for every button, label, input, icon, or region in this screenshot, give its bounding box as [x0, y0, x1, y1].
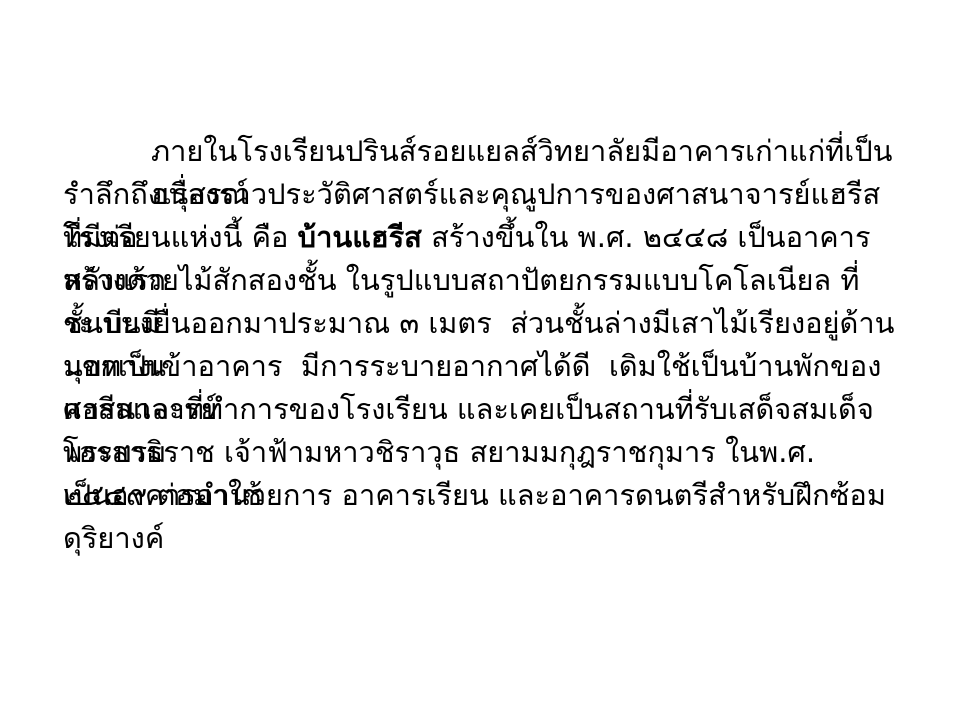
paragraph-line: โอรสาธิราช เจ้าฟ้ามหาวชิราวุธ สยามมกุฎรา…: [63, 431, 899, 474]
body-text: โรงเรียนแห่งนี้ คือ: [63, 220, 298, 254]
paragraph-line: มุขทางเข้าอาคาร มีการระบายอากาศได้ดี เดิ…: [63, 345, 899, 388]
paragraph-line: รำลึกถึงเรื่องราวประวัติศาสตร์และคุณูปกา…: [63, 173, 899, 216]
paragraph-line: แฮรีสและที่ทำการของโรงเรียน และเคยเป็นสถ…: [63, 388, 899, 431]
document-page: ภายในโรงเรียนปรินส์รอยแยลส์วิทยาลัยมีอาค…: [0, 0, 960, 720]
bold-text-baan-harris: บ้านแฮรีส: [298, 220, 422, 254]
paragraph-line: เป็นอาคารอำนวยการ อาคารเรียน และอาคารดนต…: [63, 474, 899, 517]
thai-paragraph: ภายในโรงเรียนปรินส์รอยแยลส์วิทยาลัยมีอาค…: [63, 130, 899, 517]
paragraph-line: สร้างด้วยไม้สักสองชั้น ในรูปแบบสถาปัตยกร…: [63, 259, 899, 302]
paragraph-line: โรงเรียนแห่งนี้ คือ บ้านแฮรีส สร้างขึ้นใ…: [63, 216, 899, 259]
body-text: เป็นอาคารอำนวยการ อาคารเรียน และอาคารดนต…: [63, 478, 886, 555]
paragraph-line: ภายในโรงเรียนปรินส์รอยแยลส์วิทยาลัยมีอาค…: [63, 130, 899, 173]
paragraph-line: ระเบียงยื่นออกมาประมาณ ๓ เมตร ส่วนชั้นล่…: [63, 302, 899, 345]
